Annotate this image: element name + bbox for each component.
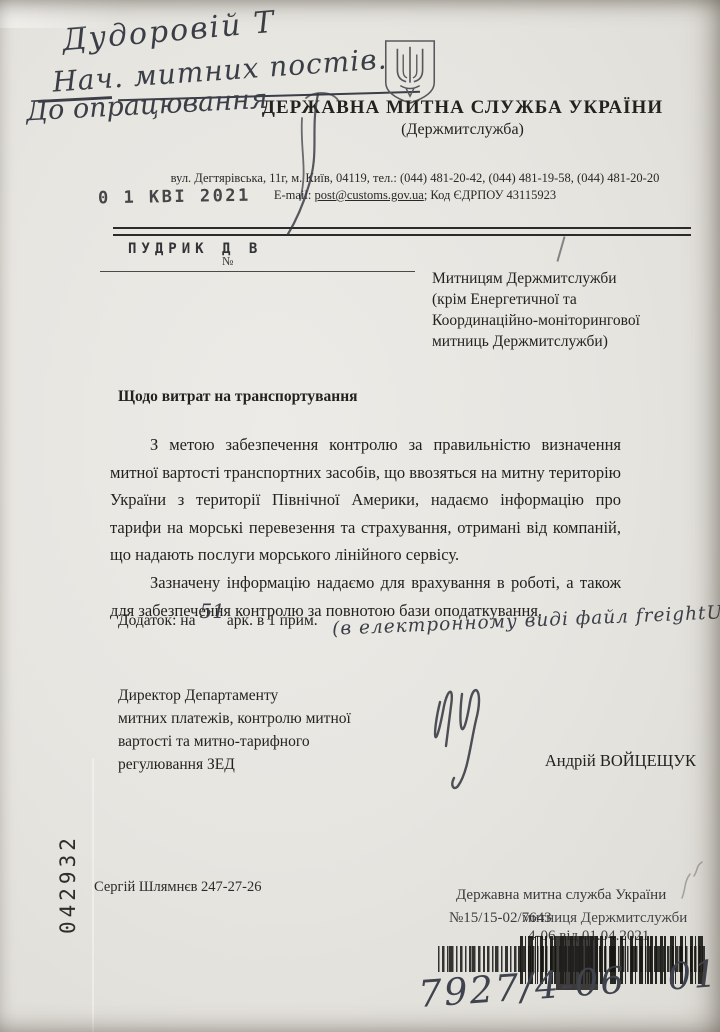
body-paragraph: З метою забезпечення контролю за правиль… <box>110 431 621 569</box>
letter-body: З метою забезпечення контролю за правиль… <box>110 431 621 624</box>
registration-stamp-org: Державна митна служба України <box>456 887 666 904</box>
number-blank-line <box>100 271 415 272</box>
handwritten-attachment-note: (в електронному виді файл freightUSA.zip… <box>331 599 720 639</box>
trident-emblem-icon <box>382 40 438 104</box>
attachment-label: Додаток: на <box>118 612 195 629</box>
handwritten-sheet-count: 51 <box>199 599 224 623</box>
recipient-line: Митницям Держмитслужби <box>432 268 697 289</box>
attachment-line: Додаток: на51арк. в 1 прим.(в електронно… <box>118 606 708 630</box>
position-line: регулювання ЗЕД <box>118 753 438 776</box>
position-line: Директор Департаменту <box>118 684 438 707</box>
attachment-suffix: арк. в 1 прим. <box>227 612 318 629</box>
officer-name-stamp: ПУДРИК Д В <box>128 241 262 257</box>
date-received-stamp: 0 1 КВІ 2021 <box>98 186 251 209</box>
overlapping-stamp-text: митниця Держмитслужби <box>522 910 687 927</box>
number-symbol: № <box>222 254 233 269</box>
org-address: вул. Дегтярівська, 11г, м. Київ, 04119, … <box>130 171 700 186</box>
recipient-line: Координаційно-моніторингової <box>432 310 697 331</box>
executor-contact: Сергій Шлямнєв 247-27-26 <box>94 879 261 896</box>
paper-highlight <box>0 0 160 28</box>
scanned-letter-page: Дудоровій Т Нач. митних постів. До опрац… <box>0 0 720 1032</box>
signer-name: Андрій ВОЙЦЕЩУК <box>500 751 696 771</box>
signer-position-block: Директор Департаменту митних платежів, к… <box>118 684 438 776</box>
subject-line: Щодо витрат на транспортування <box>118 388 358 406</box>
recipient-line: (крім Енергетичної та <box>432 289 697 310</box>
position-line: митних платежів, контролю митної <box>118 707 438 730</box>
recipient-line: митниць Держмитслужби) <box>432 331 697 352</box>
form-number-vertical: 042932 <box>56 824 82 934</box>
faint-pen-marks <box>676 858 706 904</box>
divider-rule <box>113 227 691 236</box>
position-line: вартості та митно-тарифного <box>118 730 438 753</box>
edrpou-code: ; Код ЄДРПОУ 43115923 <box>424 188 556 202</box>
recipient-block: Митницям Держмитслужби (крім Енергетично… <box>432 268 697 352</box>
paper-crease <box>92 758 94 1032</box>
pen-mark <box>556 236 565 262</box>
pen-scribble <box>262 86 352 238</box>
signature-scribble <box>418 676 504 792</box>
